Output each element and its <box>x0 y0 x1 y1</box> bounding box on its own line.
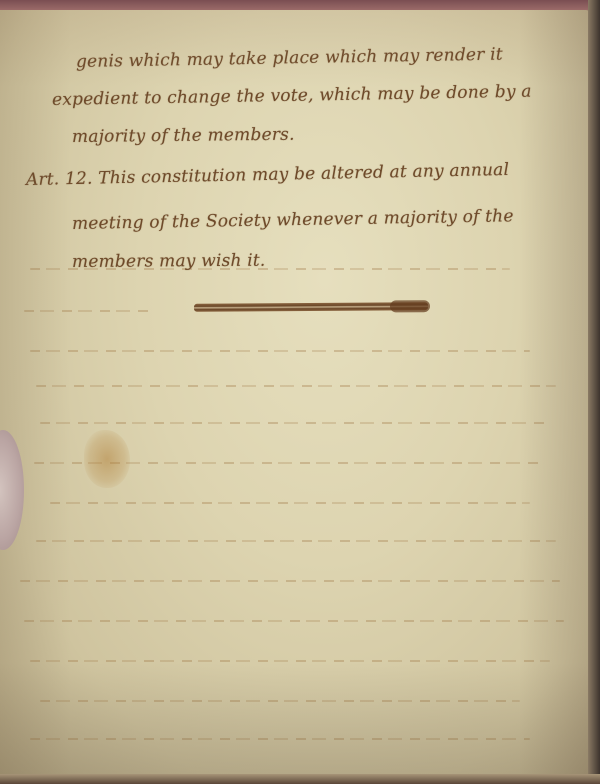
text-line-3: majority of the members. <box>72 125 295 147</box>
bleed-through-line <box>30 350 530 352</box>
page-right-edge <box>588 0 600 784</box>
page-bottom-edge <box>0 774 600 784</box>
bleed-through-line <box>40 422 550 424</box>
text-line-2: expedient to change the vote, which may … <box>52 82 532 110</box>
bleed-through-line <box>30 660 550 662</box>
text-line-5: meeting of the Society whenever a majori… <box>72 206 514 234</box>
water-stain <box>84 430 130 488</box>
bleed-through-line <box>50 502 530 504</box>
article-12-heading-line: Art. 12. This constitution may be altere… <box>26 160 510 190</box>
text-line-6: members may wish it. <box>72 251 266 272</box>
bleed-through-line <box>20 580 560 582</box>
bleed-through-line <box>40 700 520 702</box>
bleed-through-line <box>30 738 530 740</box>
text-line-1: genis which may take place which may ren… <box>76 45 503 72</box>
bleed-through-line <box>24 310 154 312</box>
bleed-through-line <box>36 385 556 387</box>
bleed-through-line <box>24 620 564 622</box>
bleed-through-line <box>36 540 556 542</box>
ink-end-rule <box>194 302 428 312</box>
manuscript-page: genis which may take place which may ren… <box>0 10 590 778</box>
